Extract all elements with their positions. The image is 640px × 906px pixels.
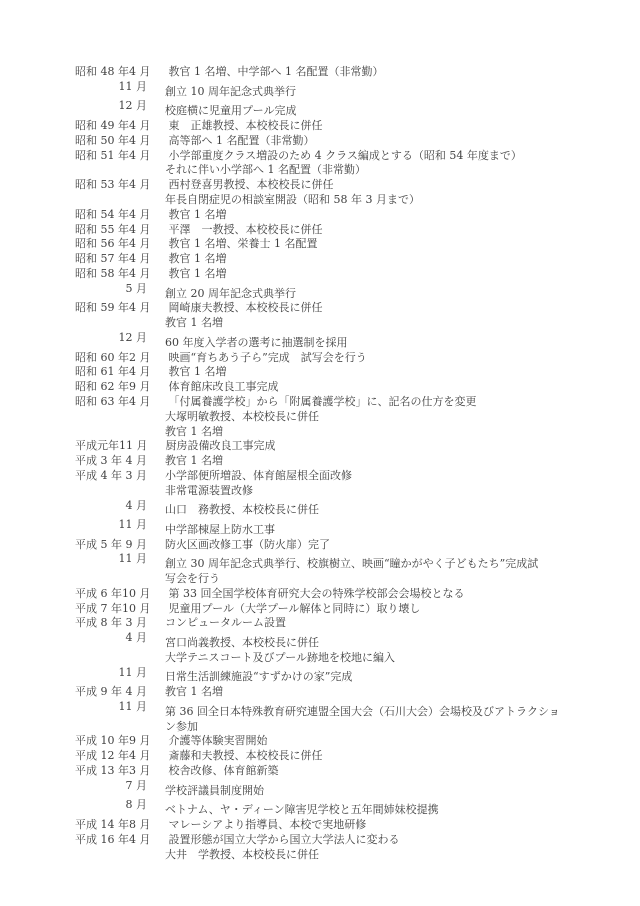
month-label: 4 月 bbox=[129, 749, 151, 764]
date-column: 平成 4 年3 月 bbox=[75, 469, 147, 484]
era-year-label: 昭和 57 年 bbox=[75, 252, 129, 267]
era-year-label: 昭和 54 年 bbox=[75, 208, 129, 223]
event-text: 学校評議員制度開始 bbox=[165, 784, 585, 799]
event-text: 教官 1 名増 bbox=[169, 267, 586, 282]
timeline-row: 昭和 63 年4 月 「付属養護学校」から「附属養護学校」に、記名の仕方を変更 bbox=[75, 395, 585, 410]
era-year-label: 昭和 61 年 bbox=[75, 365, 129, 380]
timeline-row: 平成 16 年4 月 設置形態が国立大学から国立大学法人に変わる bbox=[75, 833, 585, 848]
event-text: 教官 1 名増 bbox=[165, 454, 585, 469]
era-year-label: 昭和 63 年 bbox=[75, 395, 129, 410]
timeline-row: 昭和 59 年4 月 岡崎康夫教授、本校校長に併任 bbox=[75, 301, 585, 316]
event-text: 大学テニスコート及びプール跡地を校地に編入 bbox=[165, 651, 585, 666]
month-label: 4 月 bbox=[129, 267, 151, 282]
date-column: 昭和 56 年4 月 bbox=[75, 237, 151, 252]
month-label: 4 月 bbox=[129, 365, 151, 380]
date-column: 5 月 bbox=[75, 282, 147, 297]
month-label: 4 月 bbox=[126, 685, 148, 700]
date-column: 平成 10 年9 月 bbox=[75, 734, 151, 749]
timeline-row: 昭和 58 年4 月 教官 1 名増 bbox=[75, 267, 585, 282]
date-column: 11 月 bbox=[75, 80, 147, 95]
month-label: 9 月 bbox=[129, 734, 151, 749]
era-year-label: 平成 12 年 bbox=[75, 749, 129, 764]
event-text: 中学部棟屋上防水工事 bbox=[165, 523, 585, 538]
era-year-label: 昭和 59 年 bbox=[75, 301, 129, 316]
timeline-row: 4 月 山口 務教授、本校校長に併任 bbox=[75, 499, 585, 519]
event-text: 60 年度入学者の選考に抽選制を採用 bbox=[165, 336, 585, 351]
date-column: 12 月 bbox=[75, 331, 147, 346]
month-label: 4 月 bbox=[129, 119, 151, 134]
timeline-row: 非常電源装置改修 bbox=[75, 484, 585, 499]
event-text: 「付属養護学校」から「附属養護学校」に、記名の仕方を変更 bbox=[169, 395, 586, 410]
document-page: 昭和 48 年4 月 教官 1 名増、中学部へ 1 名配置（非常勤） 11 月 … bbox=[0, 0, 640, 906]
month-label: 4 月 bbox=[129, 301, 151, 316]
timeline-row: 昭和 54 年4 月 教官 1 名増 bbox=[75, 208, 585, 223]
date-column: 平成 9 年4 月 bbox=[75, 685, 147, 700]
event-text: 岡崎康夫教授、本校校長に併任 bbox=[169, 301, 586, 316]
date-column: 平成 7 年10 月 bbox=[75, 602, 151, 617]
era-year-label: 昭和 55 年 bbox=[75, 223, 129, 238]
date-column: 昭和 59 年4 月 bbox=[75, 301, 151, 316]
month-label: 4 月 bbox=[129, 237, 151, 252]
timeline-row: 11 月 創立 10 周年記念式典挙行 bbox=[75, 80, 585, 100]
timeline-row: 写会を行う bbox=[75, 572, 585, 587]
era-year-label: 昭和 53 年 bbox=[75, 178, 129, 193]
event-text: 創立 30 周年記念式典挙行、校旗樹立、映画“瞳かがやく子どもたち”完成試 bbox=[165, 557, 585, 572]
month-label: 9 月 bbox=[129, 380, 151, 395]
event-text: 設置形態が国立大学から国立大学法人に変わる bbox=[169, 833, 586, 848]
timeline-row: 昭和 48 年4 月 教官 1 名増、中学部へ 1 名配置（非常勤） bbox=[75, 65, 585, 80]
event-text: 小学部重度クラス増設のため 4 クラス編成とする（昭和 54 年度まで） bbox=[169, 149, 586, 164]
month-label: 11 月 bbox=[119, 552, 148, 567]
event-text: 日常生活訓練施設“すずかけの家”完成 bbox=[165, 670, 585, 685]
era-year-label: 平成 6 年 bbox=[75, 587, 122, 602]
date-column: 昭和 50 年4 月 bbox=[75, 134, 151, 149]
date-column: 4 月 bbox=[75, 499, 147, 514]
month-label: 11 月 bbox=[119, 700, 148, 715]
month-label: 11 月 bbox=[119, 666, 148, 681]
date-column: 平成 12 年4 月 bbox=[75, 749, 151, 764]
date-column: 11 月 bbox=[75, 666, 147, 681]
date-column: 昭和 62 年9 月 bbox=[75, 380, 151, 395]
era-year-label: 平成 16 年 bbox=[75, 833, 129, 848]
timeline-row: 7 月 学校評議員制度開始 bbox=[75, 779, 585, 799]
event-text: 年長自閉症児の相談室開設（昭和 58 年 3 月まで） bbox=[165, 193, 585, 208]
month-label: 4 月 bbox=[126, 631, 148, 646]
era-year-label: 平成 8 年 bbox=[75, 616, 122, 631]
event-text: 大井 学教授、本校校長に併任 bbox=[165, 848, 585, 863]
month-label: 4 月 bbox=[129, 65, 151, 80]
timeline-row: 昭和 61 年4 月 教官 1 名増 bbox=[75, 365, 585, 380]
event-text: 写会を行う bbox=[165, 572, 585, 587]
date-column: 11 月 bbox=[75, 700, 147, 715]
era-year-label: 平成 14 年 bbox=[75, 818, 129, 833]
month-label: 4 月 bbox=[129, 223, 151, 238]
timeline-row: 平成 9 年4 月 教官 1 名増 bbox=[75, 685, 585, 700]
era-year-label: 昭和 62 年 bbox=[75, 380, 129, 395]
school-history-timeline: 昭和 48 年4 月 教官 1 名増、中学部へ 1 名配置（非常勤） 11 月 … bbox=[75, 65, 585, 862]
month-label: 5 月 bbox=[126, 282, 148, 297]
date-column: 昭和 57 年4 月 bbox=[75, 252, 151, 267]
era-year-label: 平成 7 年 bbox=[75, 602, 122, 617]
month-label: 11 月 bbox=[119, 439, 148, 454]
event-text: 第 33 回全国学校体育研究大会の特殊学校部会会場校となる bbox=[169, 587, 586, 602]
timeline-row: 教官 1 名増 bbox=[75, 425, 585, 440]
month-label: 4 月 bbox=[129, 395, 151, 410]
event-text: マレーシアより指導員、本校で実地研修 bbox=[169, 818, 586, 833]
era-year-label: 平成元年 bbox=[75, 439, 119, 454]
era-year-label: 平成 5 年 bbox=[75, 538, 122, 553]
event-text: 教官 1 名増 bbox=[169, 365, 586, 380]
timeline-row: 平成 13 年3 月 校舎改修、体育館新築 bbox=[75, 764, 585, 779]
date-column: 11 月 bbox=[75, 518, 147, 533]
date-column: 7 月 bbox=[75, 779, 147, 794]
timeline-row: 平成 7 年10 月 児童用プール（大学プール解体と同時に）取り壊し bbox=[75, 602, 585, 617]
event-text: 教官 1 名増、中学部へ 1 名配置（非常勤） bbox=[169, 65, 586, 80]
date-column: 昭和 49 年4 月 bbox=[75, 119, 151, 134]
month-label: 7 月 bbox=[126, 779, 148, 794]
event-text: 高等部へ 1 名配置（非常勤） bbox=[169, 134, 586, 149]
event-text: 小学部便所増設、体育館屋根全面改修 bbox=[165, 469, 585, 484]
date-column: 平成 8 年3 月 bbox=[75, 616, 147, 631]
timeline-row: 平成 8 年3 月 コンピュータルーム設置 bbox=[75, 616, 585, 631]
timeline-row: 11 月 日常生活訓練施設“すずかけの家”完成 bbox=[75, 666, 585, 686]
event-text: 校庭横に児童用プール完成 bbox=[165, 104, 585, 119]
event-text: 教官 1 名増 bbox=[165, 685, 585, 700]
date-column: 昭和 54 年4 月 bbox=[75, 208, 151, 223]
date-column: 平成元年11 月 bbox=[75, 439, 148, 454]
era-year-label: 昭和 50 年 bbox=[75, 134, 129, 149]
timeline-row: それに伴い小学部へ 1 名配置（非常勤） bbox=[75, 163, 585, 178]
timeline-row: 平成元年11 月 厨房設備改良工事完成 bbox=[75, 439, 585, 454]
era-year-label: 平成 13 年 bbox=[75, 764, 129, 779]
era-year-label: 平成 9 年 bbox=[75, 685, 122, 700]
date-column: 昭和 48 年4 月 bbox=[75, 65, 151, 80]
era-year-label: 平成 3 年 bbox=[75, 454, 122, 469]
event-text: 防火区画改修工事（防火扉）完了 bbox=[165, 538, 585, 553]
date-column: 平成 14 年8 月 bbox=[75, 818, 151, 833]
timeline-row: 大学テニスコート及びプール跡地を校地に編入 bbox=[75, 651, 585, 666]
month-label: 12 月 bbox=[119, 99, 148, 114]
month-label: 11 月 bbox=[119, 80, 148, 95]
date-column: 平成 13 年3 月 bbox=[75, 764, 151, 779]
era-year-label: 平成 4 年 bbox=[75, 469, 122, 484]
event-text: 東 正雄教授、本校校長に併任 bbox=[169, 119, 586, 134]
month-label: 3 月 bbox=[126, 469, 148, 484]
month-label: 10 月 bbox=[122, 587, 151, 602]
month-label: 4 月 bbox=[129, 252, 151, 267]
date-column: 12 月 bbox=[75, 99, 147, 114]
event-text: 大塚明敏教授、本校校長に併任 bbox=[165, 410, 585, 425]
date-column: 昭和 51 年4 月 bbox=[75, 149, 151, 164]
date-column: 平成 3 年4 月 bbox=[75, 454, 147, 469]
event-text: 創立 20 周年記念式典挙行 bbox=[165, 287, 585, 302]
month-label: 4 月 bbox=[126, 499, 148, 514]
timeline-row: 年長自閉症児の相談室開設（昭和 58 年 3 月まで） bbox=[75, 193, 585, 208]
timeline-row: 昭和 49 年4 月 東 正雄教授、本校校長に併任 bbox=[75, 119, 585, 134]
event-text: ン参加 bbox=[165, 720, 585, 735]
date-column: 11 月 bbox=[75, 552, 147, 567]
event-text: 教官 1 名増 bbox=[169, 208, 586, 223]
event-text: ベトナム、ヤ・ディーン障害児学校と五年間姉妹校提携 bbox=[165, 803, 585, 818]
date-column: 昭和 60 年2 月 bbox=[75, 351, 151, 366]
month-label: 4 月 bbox=[129, 149, 151, 164]
month-label: 8 月 bbox=[129, 818, 151, 833]
event-text: それに伴い小学部へ 1 名配置（非常勤） bbox=[165, 163, 585, 178]
date-column: 昭和 58 年4 月 bbox=[75, 267, 151, 282]
month-label: 12 月 bbox=[119, 331, 148, 346]
era-year-label: 昭和 51 年 bbox=[75, 149, 129, 164]
era-year-label: 昭和 49 年 bbox=[75, 119, 129, 134]
timeline-row: 11 月 中学部棟屋上防水工事 bbox=[75, 518, 585, 538]
event-text: コンピュータルーム設置 bbox=[165, 616, 585, 631]
date-column: 昭和 61 年4 月 bbox=[75, 365, 151, 380]
timeline-row: 平成 14 年8 月 マレーシアより指導員、本校で実地研修 bbox=[75, 818, 585, 833]
date-column: 平成 5 年9 月 bbox=[75, 538, 147, 553]
timeline-row: 昭和 50 年4 月 高等部へ 1 名配置（非常勤） bbox=[75, 134, 585, 149]
timeline-row: 昭和 55 年4 月 平澤 一教授、本校校長に併任 bbox=[75, 223, 585, 238]
timeline-row: 昭和 56 年4 月 教官 1 名増、栄養士 1 名配置 bbox=[75, 237, 585, 252]
timeline-row: 昭和 62 年9 月 体育館床改良工事完成 bbox=[75, 380, 585, 395]
date-column: 昭和 63 年4 月 bbox=[75, 395, 151, 410]
month-label: 2 月 bbox=[129, 351, 151, 366]
timeline-row: 教官 1 名増 bbox=[75, 316, 585, 331]
timeline-row: 昭和 60 年2 月 映画“育ちあう子ら”完成 試写会を行う bbox=[75, 351, 585, 366]
event-text: 厨房設備改良工事完成 bbox=[166, 439, 586, 454]
month-label: 4 月 bbox=[129, 134, 151, 149]
event-text: 宮口尚義教授、本校校長に併任 bbox=[165, 636, 585, 651]
era-year-label: 平成 10 年 bbox=[75, 734, 129, 749]
timeline-row: 昭和 51 年4 月 小学部重度クラス増設のため 4 クラス編成とする（昭和 5… bbox=[75, 149, 585, 164]
timeline-row: 12 月 60 年度入学者の選考に抽選制を採用 bbox=[75, 331, 585, 351]
timeline-row: 平成 6 年10 月 第 33 回全国学校体育研究大会の特殊学校部会会場校となる bbox=[75, 587, 585, 602]
timeline-row: 12 月 校庭横に児童用プール完成 bbox=[75, 99, 585, 119]
date-column: 平成 6 年10 月 bbox=[75, 587, 151, 602]
timeline-row: 8 月 ベトナム、ヤ・ディーン障害児学校と五年間姉妹校提携 bbox=[75, 798, 585, 818]
era-year-label: 昭和 48 年 bbox=[75, 65, 129, 80]
timeline-row: 平成 5 年9 月 防火区画改修工事（防火扉）完了 bbox=[75, 538, 585, 553]
era-year-label: 昭和 60 年 bbox=[75, 351, 129, 366]
event-text: 第 36 回全日本特殊教育研究連盟全国大会（石川大会）会場校及びアトラクショ bbox=[165, 705, 585, 720]
event-text: 教官 1 名増 bbox=[165, 425, 585, 440]
month-label: 4 月 bbox=[129, 178, 151, 193]
date-column: 平成 16 年4 月 bbox=[75, 833, 151, 848]
event-text: 児童用プール（大学プール解体と同時に）取り壊し bbox=[169, 602, 586, 617]
month-label: 4 月 bbox=[129, 208, 151, 223]
event-text: 平澤 一教授、本校校長に併任 bbox=[169, 223, 586, 238]
event-text: 映画“育ちあう子ら”完成 試写会を行う bbox=[169, 351, 586, 366]
date-column: 8 月 bbox=[75, 798, 147, 813]
timeline-row: 平成 4 年3 月 小学部便所増設、体育館屋根全面改修 bbox=[75, 469, 585, 484]
event-text: 校舎改修、体育館新築 bbox=[169, 764, 586, 779]
timeline-row: 大井 学教授、本校校長に併任 bbox=[75, 848, 585, 863]
month-label: 3 月 bbox=[126, 616, 148, 631]
timeline-row: 11 月 第 36 回全日本特殊教育研究連盟全国大会（石川大会）会場校及びアトラ… bbox=[75, 700, 585, 720]
era-year-label: 昭和 56 年 bbox=[75, 237, 129, 252]
timeline-row: 平成 3 年4 月 教官 1 名増 bbox=[75, 454, 585, 469]
event-text: 斎藤和夫教授、本校校長に併任 bbox=[169, 749, 586, 764]
timeline-row: 平成 10 年9 月 介護等体験実習開始 bbox=[75, 734, 585, 749]
date-column: 昭和 55 年4 月 bbox=[75, 223, 151, 238]
timeline-row: 4 月 宮口尚義教授、本校校長に併任 bbox=[75, 631, 585, 651]
event-text: 西村登喜男教授、本校校長に併任 bbox=[169, 178, 586, 193]
timeline-row: 11 月 創立 30 周年記念式典挙行、校旗樹立、映画“瞳かがやく子どもたち”完… bbox=[75, 552, 585, 572]
event-text: 教官 1 名増 bbox=[169, 252, 586, 267]
timeline-row: 5 月 創立 20 周年記念式典挙行 bbox=[75, 282, 585, 302]
month-label: 9 月 bbox=[126, 538, 148, 553]
event-text: 創立 10 周年記念式典挙行 bbox=[165, 85, 585, 100]
era-year-label: 昭和 58 年 bbox=[75, 267, 129, 282]
event-text: 教官 1 名増、栄養士 1 名配置 bbox=[169, 237, 586, 252]
timeline-row: 平成 12 年4 月 斎藤和夫教授、本校校長に併任 bbox=[75, 749, 585, 764]
date-column: 4 月 bbox=[75, 631, 147, 646]
month-label: 11 月 bbox=[119, 518, 148, 533]
timeline-row: 大塚明敏教授、本校校長に併任 bbox=[75, 410, 585, 425]
event-text: 山口 務教授、本校校長に併任 bbox=[165, 503, 585, 518]
timeline-row: 昭和 53 年4 月 西村登喜男教授、本校校長に併任 bbox=[75, 178, 585, 193]
event-text: 体育館床改良工事完成 bbox=[169, 380, 586, 395]
month-label: 8 月 bbox=[126, 798, 148, 813]
timeline-row: ン参加 bbox=[75, 720, 585, 735]
date-column: 昭和 53 年4 月 bbox=[75, 178, 151, 193]
timeline-row: 昭和 57 年4 月 教官 1 名増 bbox=[75, 252, 585, 267]
month-label: 10 月 bbox=[122, 602, 151, 617]
month-label: 3 月 bbox=[129, 764, 151, 779]
event-text: 非常電源装置改修 bbox=[165, 484, 585, 499]
month-label: 4 月 bbox=[129, 833, 151, 848]
event-text: 介護等体験実習開始 bbox=[169, 734, 586, 749]
month-label: 4 月 bbox=[126, 454, 148, 469]
event-text: 教官 1 名増 bbox=[165, 316, 585, 331]
